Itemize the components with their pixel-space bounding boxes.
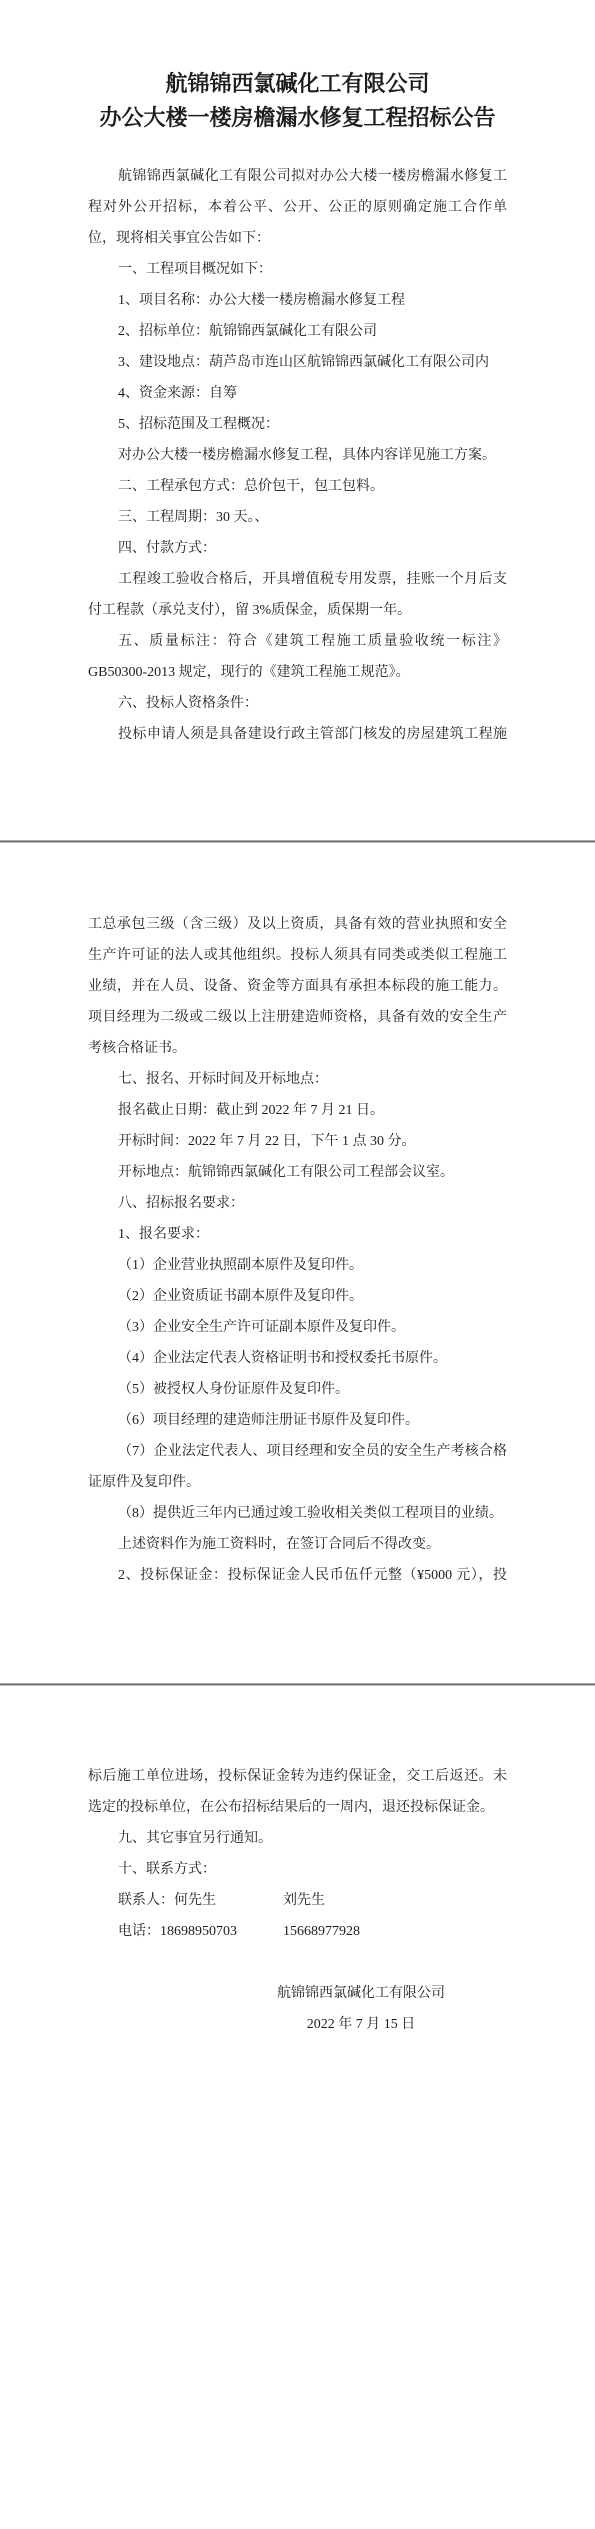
paragraph: 报名截止日期：截止到 2022 年 7 月 21 日。	[88, 1095, 507, 1126]
document-page: 航锦锦西氯碱化工有限公司办公大楼一楼房檐漏水修复工程招标公告航锦锦西氯碱化工有限…	[0, 0, 595, 843]
paragraph: （7）企业法定代表人、项目经理和安全员的安全生产考核合格证原件及复印件。	[88, 1436, 507, 1498]
signature-block: 航锦锦西氯碱化工有限公司2022 年 7 月 15 日	[236, 1978, 486, 2040]
page-content: 标后施工单位进场，投标保证金转为违约保证金，交工后返还。未选定的投标单位，在公布…	[88, 1761, 507, 2040]
paragraph: （2）企业资质证书副本原件及复印件。	[88, 1281, 507, 1312]
paragraph: 航锦锦西氯碱化工有限公司拟对办公大楼一楼房檐漏水修复工程对外公开招标，本着公平、…	[88, 161, 507, 254]
paragraph: 2、招标单位：航锦锦西氯碱化工有限公司	[88, 316, 507, 347]
doc-title: 航锦锦西氯碱化工有限公司办公大楼一楼房檐漏水修复工程招标公告	[88, 67, 507, 135]
paragraph: 工程竣工验收合格后，开具增值税专用发票，挂账一个月后支付工程款（承兑支付），留 …	[88, 564, 507, 626]
contact-cell: 联系人：何先生	[118, 1885, 283, 1916]
page-content: 工总承包三级（含三级）及以上资质，具备有效的营业执照和安全生产许可证的法人或其他…	[88, 909, 507, 1591]
paragraph: 一、工程项目概况如下：	[88, 254, 507, 285]
signature-company: 航锦锦西氯碱化工有限公司	[236, 1978, 486, 2009]
doc-title-line: 航锦锦西氯碱化工有限公司	[88, 67, 507, 101]
page-content: 航锦锦西氯碱化工有限公司拟对办公大楼一楼房檐漏水修复工程对外公开招标，本着公平、…	[88, 161, 507, 750]
paragraph: 工总承包三级（含三级）及以上资质，具备有效的营业执照和安全生产许可证的法人或其他…	[88, 909, 507, 1064]
paragraph: （4）企业法定代表人资格证明书和授权委托书原件。	[88, 1343, 507, 1374]
paragraph: 投标申请人须是具备建设行政主管部门核发的房屋建筑工程施	[88, 719, 507, 750]
paragraph: 开标时间：2022 年 7 月 22 日，下午 1 点 30 分。	[88, 1126, 507, 1157]
paragraph: 十、联系方式：	[88, 1854, 507, 1885]
paragraph: 九、其它事宜另行通知。	[88, 1823, 507, 1854]
paragraph: 七、报名、开标时间及开标地点：	[88, 1064, 507, 1095]
paragraph: （1）企业营业执照副本原件及复印件。	[88, 1250, 507, 1281]
paragraph: 2、投标保证金：投标保证金人民币伍仟元整（¥5000 元），投	[88, 1560, 507, 1591]
paragraph: 五、质量标注：符合《建筑工程施工质量验收统一标注》GB50300-2013 规定…	[88, 626, 507, 688]
paragraph: 开标地点：航锦锦西氯碱化工有限公司工程部会议室。	[88, 1157, 507, 1188]
paragraph: （5）被授权人身份证原件及复印件。	[88, 1374, 507, 1405]
paragraph: 标后施工单位进场，投标保证金转为违约保证金，交工后返还。未选定的投标单位，在公布…	[88, 1761, 507, 1823]
paragraph: 三、工程周期：30 天。、	[88, 502, 507, 533]
contact-row: 电话：1869895070315668977928	[88, 1916, 507, 1947]
contact-row: 联系人：何先生刘先生	[88, 1885, 507, 1916]
paragraph: （6）项目经理的建造师注册证书原件及复印件。	[88, 1405, 507, 1436]
paragraph: 四、付款方式：	[88, 533, 507, 564]
document: 航锦锦西氯碱化工有限公司办公大楼一楼房檐漏水修复工程招标公告航锦锦西氯碱化工有限…	[0, 0, 595, 2529]
paragraph: 对办公大楼一楼房檐漏水修复工程，具体内容详见施工方案。	[88, 440, 507, 471]
paragraph: 1、报名要求：	[88, 1219, 507, 1250]
paragraph: （3）企业安全生产许可证副本原件及复印件。	[88, 1312, 507, 1343]
contact-cell: 15668977928	[283, 1916, 507, 1947]
paragraph: 八、招标报名要求：	[88, 1188, 507, 1219]
contact-cell: 刘先生	[283, 1885, 507, 1916]
paragraph: 二、工程承包方式：总价包干，包工包料。	[88, 471, 507, 502]
paragraph: 上述资料作为施工资料时，在签订合同后不得改变。	[88, 1529, 507, 1560]
paragraph: 3、建设地点：葫芦岛市连山区航锦锦西氯碱化工有限公司内	[88, 347, 507, 378]
paragraph: 六、投标人资格条件：	[88, 688, 507, 719]
paragraph: （8）提供近三年内已通过竣工验收相关类似工程项目的业绩。	[88, 1498, 507, 1529]
paragraph: 5、招标范围及工程概况：	[88, 409, 507, 440]
paragraph: 1、项目名称：办公大楼一楼房檐漏水修复工程	[88, 285, 507, 316]
doc-title-line: 办公大楼一楼房檐漏水修复工程招标公告	[88, 101, 507, 135]
document-page: 工总承包三级（含三级）及以上资质，具备有效的营业执照和安全生产许可证的法人或其他…	[0, 843, 595, 1686]
document-page: 标后施工单位进场，投标保证金转为违约保证金，交工后返还。未选定的投标单位，在公布…	[0, 1686, 595, 2529]
paragraph: 4、资金来源：自筹	[88, 378, 507, 409]
contact-cell: 电话：18698950703	[118, 1916, 283, 1947]
signature-date: 2022 年 7 月 15 日	[236, 2009, 486, 2040]
